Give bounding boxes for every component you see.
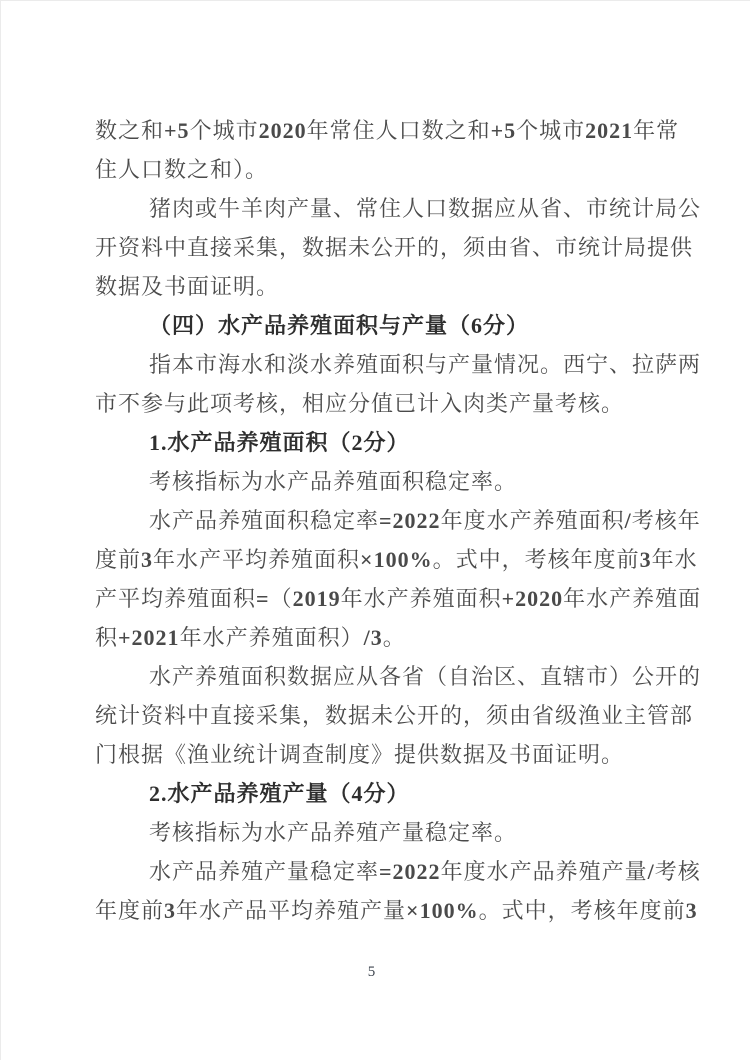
- numeral-text: 1.: [149, 430, 168, 455]
- text-line: 考核指标为水产品养殖面积稳定率。: [95, 462, 648, 501]
- text-line: 2.水产品养殖产量（4分）: [95, 774, 648, 813]
- page-footer: 5: [95, 963, 648, 981]
- text-line: 统计资料中直接采集，数据未公开的，须由省级渔业主管部: [95, 696, 648, 735]
- text-line: 年度前3年水产品平均养殖产量×100%。式中，考核年度前3: [95, 891, 648, 930]
- numeral-text: /: [625, 508, 632, 533]
- numeral-text: 2: [352, 430, 364, 455]
- text-line: 数据及书面证明。: [95, 267, 648, 306]
- paragraph: 数之和+5个城市2020年常住人口数之和+5个城市2021年常住人口数之和）。: [95, 111, 648, 189]
- section-heading: （四）水产品养殖面积与产量（6分）: [95, 306, 648, 345]
- numeral-text: 2.: [149, 781, 168, 806]
- text-line: 开资料中直接采集，数据未公开的，须由省、市统计局提供: [95, 228, 648, 267]
- document-body: 数之和+5个城市2020年常住人口数之和+5个城市2021年常住人口数之和）。猪…: [95, 111, 648, 930]
- text-line: 1.水产品养殖面积（2分）: [95, 423, 648, 462]
- section-heading: 2.水产品养殖产量（4分）: [95, 774, 648, 813]
- numeral-text: 2019: [293, 586, 341, 611]
- text-line: （四）水产品养殖面积与产量（6分）: [95, 306, 648, 345]
- numeral-text: /3: [364, 625, 383, 650]
- text-line: 水产养殖面积数据应从各省（自治区、直辖市）公开的: [95, 657, 648, 696]
- text-line: 住人口数之和）。: [95, 150, 648, 189]
- numeral-text: +2020: [502, 586, 564, 611]
- numeral-text: 3: [686, 898, 698, 923]
- numeral-text: /: [648, 859, 655, 884]
- paragraph: 水产品养殖产量稳定率=2022年度水产品养殖产量/考核年度前3年水产品平均养殖产…: [95, 852, 648, 930]
- numeral-text: 2020: [259, 118, 307, 143]
- numeral-text: 4: [352, 781, 364, 806]
- text-line: 产平均养殖面积=（2019年水产养殖面积+2020年水产养殖面: [95, 579, 648, 618]
- text-line: 水产品养殖面积稳定率=2022年度水产养殖面积/考核年: [95, 501, 648, 540]
- numeral-text: 6: [471, 313, 483, 338]
- numeral-text: =: [256, 586, 270, 611]
- section-heading: 1.水产品养殖面积（2分）: [95, 423, 648, 462]
- text-line: 水产品养殖产量稳定率=2022年度水产品养殖产量/考核: [95, 852, 648, 891]
- numeral-text: +5: [164, 118, 190, 143]
- numeral-text: =2022: [379, 859, 441, 884]
- paragraph: 水产养殖面积数据应从各省（自治区、直辖市）公开的统计资料中直接采集，数据未公开的…: [95, 657, 648, 774]
- paragraph: 考核指标为水产品养殖产量稳定率。: [95, 813, 648, 852]
- numeral-text: 3: [141, 547, 153, 572]
- document-page: 数之和+5个城市2020年常住人口数之和+5个城市2021年常住人口数之和）。猪…: [0, 0, 750, 1060]
- text-line: 门根据《渔业统计调查制度》提供数据及书面证明。: [95, 735, 648, 774]
- text-line: 积+2021年水产养殖面积）/3。: [95, 618, 648, 657]
- text-line: 指本市海水和淡水养殖面积与产量情况。西宁、拉萨两: [95, 345, 648, 384]
- numeral-text: 2021: [585, 118, 633, 143]
- paragraph: 水产品养殖面积稳定率=2022年度水产养殖面积/考核年度前3年水产平均养殖面积×…: [95, 501, 648, 657]
- text-line: 考核指标为水产品养殖产量稳定率。: [95, 813, 648, 852]
- paragraph: 指本市海水和淡水养殖面积与产量情况。西宁、拉萨两市不参与此项考核，相应分值已计入…: [95, 345, 648, 423]
- numeral-text: =2022: [379, 508, 441, 533]
- page-number: 5: [368, 964, 376, 980]
- text-line: 市不参与此项考核，相应分值已计入肉类产量考核。: [95, 384, 648, 423]
- numeral-text: +2021: [118, 625, 180, 650]
- numeral-text: ×100%: [406, 898, 479, 923]
- text-line: 数之和+5个城市2020年常住人口数之和+5个城市2021年常: [95, 111, 648, 150]
- paragraph: 猪肉或牛羊肉产量、常住人口数据应从省、市统计局公开资料中直接采集，数据未公开的，…: [95, 189, 648, 306]
- numeral-text: +5: [491, 118, 517, 143]
- numeral-text: ×100%: [360, 547, 433, 572]
- paragraph: 考核指标为水产品养殖面积稳定率。: [95, 462, 648, 501]
- text-line: 度前3年水产平均养殖面积×100%。式中，考核年度前3年水: [95, 540, 648, 579]
- numeral-text: 3: [640, 547, 652, 572]
- numeral-text: 3: [164, 898, 176, 923]
- text-line: 猪肉或牛羊肉产量、常住人口数据应从省、市统计局公: [95, 189, 648, 228]
